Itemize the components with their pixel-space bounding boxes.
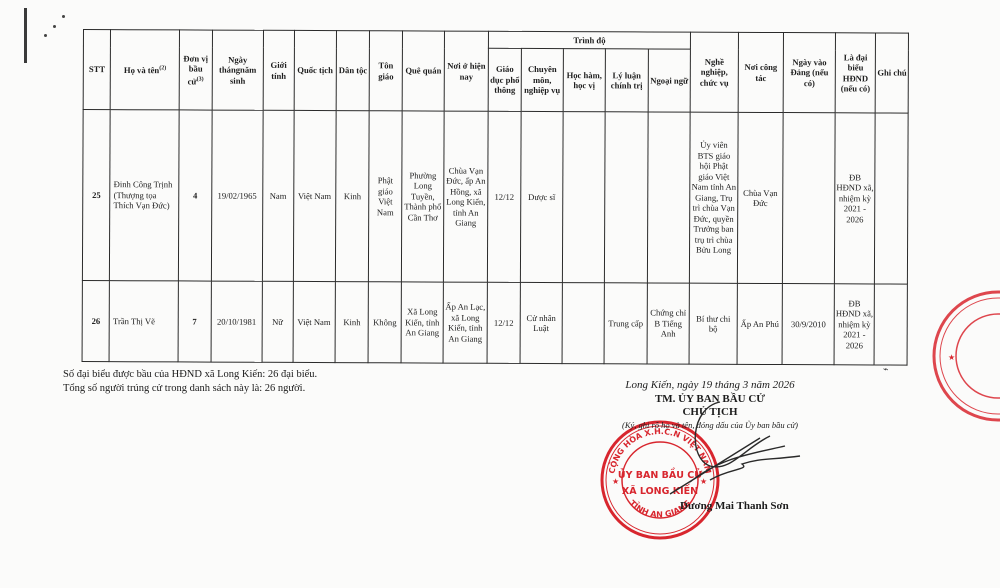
header-academic-title: Học hàm, học vị <box>563 49 606 112</box>
cell-hometown: Phường Long Tuyền, Thành phố Cần Thơ <box>401 111 444 282</box>
header-foreign-language: Ngoại ngữ <box>648 49 691 112</box>
cell-occupation: Ủy viên BTS giáo hội Phật giáo Việt Nam … <box>690 112 738 283</box>
cell-political-theory <box>605 112 648 283</box>
cell-dob: 20/10/1981 <box>211 281 263 362</box>
candidate-table: STT Họ và tên(2) Đơn vị bầu cử(3) Ngày t… <box>82 29 909 366</box>
cell-notes <box>875 113 908 284</box>
cell-specialty: Cử nhân Luật <box>520 282 562 363</box>
header-notes: Ghi chú <box>876 33 909 113</box>
scan-speck <box>44 34 47 37</box>
svg-text:★: ★ <box>612 477 619 486</box>
cell-dob: 19/02/1965 <box>211 110 263 281</box>
summary-block: Số đại biểu được bầu của HĐND xã Long Ki… <box>63 368 317 395</box>
cell-religion: Không <box>368 282 401 363</box>
cell-general-education: 12/12 <box>487 111 521 282</box>
svg-text:★: ★ <box>948 353 955 362</box>
cell-unit: 7 <box>178 281 211 362</box>
table-row: 25 Đinh Công Trịnh (Thượng tọa Thích Vạn… <box>82 110 908 285</box>
header-unit: Đơn vị bầu cử(3) <box>179 30 212 110</box>
header-nationality: Quốc tịch <box>294 30 337 110</box>
summary-winners-count: Tổng số người trúng cử trong danh sách n… <box>63 382 317 396</box>
sign-date: Long Kiến, ngày 19 tháng 3 năm 2026 <box>580 378 840 393</box>
cell-hometown: Xã Long Kiến, tỉnh An Giang <box>401 282 444 363</box>
cell-notes <box>874 284 907 365</box>
cell-nationality: Việt Nam <box>293 281 336 362</box>
cell-academic-title <box>562 112 605 283</box>
scan-speck <box>62 15 65 18</box>
header-political-theory: Lý luận chính trị <box>605 49 648 112</box>
header-occupation: Nghề nghiệp, chức vụ <box>690 32 738 112</box>
scan-speck <box>53 25 56 28</box>
cell-workplace: Chùa Vạn Đức <box>737 112 783 283</box>
cell-foreign-language <box>647 112 690 283</box>
cell-workplace: Ấp An Phú <box>737 283 783 364</box>
cell-nationality: Việt Nam <box>293 110 336 281</box>
cell-stt: 25 <box>82 110 110 281</box>
cell-gender: Nam <box>263 110 294 281</box>
cell-general-education: 12/12 <box>487 282 521 363</box>
cell-gender: Nữ <box>262 281 293 362</box>
header-hometown: Quê quán <box>402 31 445 111</box>
header-name: Họ và tên(2) <box>110 30 179 110</box>
header-general-education: Giáo dục phổ thông <box>488 48 522 111</box>
header-ethnicity: Dân tộc <box>336 31 370 111</box>
cell-ethnicity: Kinh <box>335 282 369 363</box>
cell-party-date <box>783 113 835 284</box>
cell-name: Đinh Công Trịnh (Thượng tọa Thích Vạn Đứ… <box>110 110 180 281</box>
header-residence: Nơi ở hiện nay <box>444 31 488 111</box>
partial-seal-icon: ★ <box>928 286 1000 426</box>
cell-unit: 4 <box>179 110 212 281</box>
cell-delegate: ĐB HĐND xã, nhiệm kỳ 2021 - 2026 <box>834 284 875 365</box>
cell-occupation: Bí thư chi bộ <box>689 283 737 364</box>
handwritten-signature-icon <box>650 398 810 498</box>
scan-edge-mark <box>24 8 27 63</box>
cell-residence: Chùa Vạn Đức, ấp An Hồng, xã Long Kiến, … <box>444 111 488 282</box>
cell-religion: Phật giáo Việt Nam <box>369 111 402 282</box>
header-stt: STT <box>83 30 111 110</box>
cell-residence: Ấp An Lạc, xã Long Kiến, tỉnh An Giang <box>443 282 487 363</box>
signer-name: Dương Mai Thanh Sơn <box>680 500 789 512</box>
cell-ethnicity: Kinh <box>335 111 369 282</box>
header-gender: Giới tính <box>263 30 294 110</box>
header-party-date: Ngày vào Đảng (nếu có) <box>783 33 835 113</box>
cell-specialty: Dược sĩ <box>521 111 563 282</box>
header-education-group: Trình độ <box>488 31 690 49</box>
cell-delegate: ĐB HĐND xã, nhiệm kỳ 2021 - 2026 <box>834 113 875 284</box>
table-row: 26 Trần Thị Vẽ 7 20/10/1981 Nữ Việt Nam … <box>82 280 907 365</box>
header-row: STT Họ và tên(2) Đơn vị bầu cử(3) Ngày t… <box>83 30 908 51</box>
cell-academic-title <box>562 283 605 364</box>
cell-foreign-language: Chứng chỉ B Tiếng Anh <box>647 283 690 364</box>
cell-party-date: 30/9/2010 <box>782 284 834 365</box>
header-specialty: Chuyên môn, nghiệp vụ <box>521 48 563 111</box>
cell-stt: 26 <box>82 280 110 361</box>
summary-elected-count: Số đại biểu được bầu của HĐND xã Long Ki… <box>63 368 317 382</box>
header-workplace: Nơi công tác <box>738 32 784 112</box>
cell-name: Trần Thị Vẽ <box>109 281 178 362</box>
header-dob: Ngày thángnăm sinh <box>212 30 264 110</box>
handwritten-tick-mark: ⌁ <box>883 364 888 375</box>
header-religion: Tôn giáo <box>370 31 403 111</box>
cell-political-theory: Trung cấp <box>604 283 647 364</box>
header-delegate: Là đại biểu HĐND (nếu có) <box>835 33 876 113</box>
